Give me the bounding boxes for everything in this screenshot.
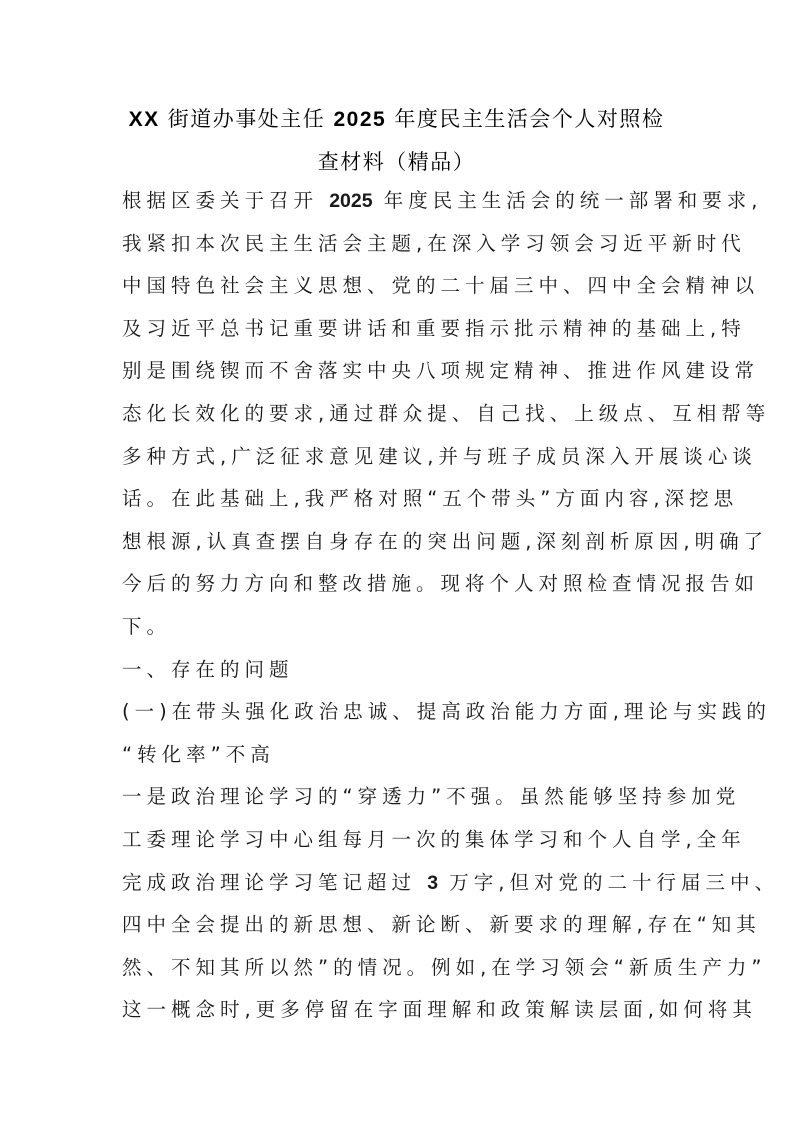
body-line-5: 别是围绕锲而不舍落实中央八项规定精神、推进作风建设常 [122, 350, 670, 393]
title-line-1: XX 街道办事处主任 2025 年度民主生活会个人对照检 [110, 98, 683, 141]
text-run: 完成政治理论学习笔记超过 [122, 871, 427, 894]
subsection-heading-1: (一)在带头强化政治忠诚、提高政治能力方面,理论与实践的 [122, 691, 670, 734]
body-line-15: 一是政治理论学习的“穿透力”不强。虽然能够坚持参加党 [122, 776, 670, 819]
body-line-16: 工委理论学习中心组每月一次的集体学习和个人自学,全年 [122, 819, 670, 862]
text-run: 年度民主生活会的统一部署和要求, [373, 189, 763, 212]
body-line-2: 我紧扣本次民主生活会主题,在深入学习领会习近平新时代 [122, 223, 670, 266]
body-line-7: 多种方式,广泛征求意见建议,并与班子成员深入开展谈心谈 [122, 436, 670, 479]
document-body: 根据区委关于召开 2025 年度民主生活会的统一部署和要求, 我紧扣本次民主生活… [122, 180, 682, 1032]
body-line-8: 话。在此基础上,我严格对照“五个带头”方面内容,深挖思 [122, 478, 670, 521]
count-number: 3 [427, 872, 438, 894]
body-line-20: 这一概念时,更多停留在字面理解和政策解读层面,如何将其 [122, 989, 670, 1032]
title-text-a: 街道办事处主任 [160, 107, 334, 131]
title-line-2: 查材料（精品） [110, 141, 683, 183]
title-prefix: XX [129, 108, 160, 131]
body-line-3: 中国特色社会主义思想、党的二十届三中、四中全会精神以 [122, 265, 670, 308]
document-page: XX 街道办事处主任 2025 年度民主生活会个人对照检 查材料（精品） 根据区… [0, 0, 793, 1122]
body-line-1: 根据区委关于召开 2025 年度民主生活会的统一部署和要求, [122, 180, 670, 223]
section-heading-1: 一、存在的问题 [122, 649, 682, 692]
text-run: 根据区委关于召开 [122, 189, 329, 212]
body-line-17: 完成政治理论学习笔记超过 3 万字,但对党的二十行届三中、 [122, 862, 670, 905]
body-line-6: 态化长效化的要求,通过群众提、自己找、上级点、互相帮等 [122, 393, 670, 436]
year-number: 2025 [329, 190, 372, 212]
body-line-11: 下。 [122, 606, 682, 649]
text-run: 万字,但对党的二十行届三中、 [438, 871, 779, 894]
title-text-b: 年度民主生活会个人对照检 [386, 107, 664, 131]
document-title: XX 街道办事处主任 2025 年度民主生活会个人对照检 查材料（精品） [110, 98, 683, 183]
body-line-18: 四中全会提出的新思想、新论断、新要求的理解,存在“知其 [122, 904, 670, 947]
subsection-heading-1-cont: “转化率”不高 [122, 734, 682, 777]
body-line-4: 及习近平总书记重要讲话和重要指示批示精神的基础上,特 [122, 308, 670, 351]
body-line-9: 想根源,认真查摆自身存在的突出问题,深刻剖析原因,明确了 [122, 521, 670, 564]
body-line-19: 然、不知其所以然”的情况。例如,在学习领会“新质生产力” [122, 947, 670, 990]
title-year: 2025 [333, 108, 386, 131]
body-line-10: 今后的努力方向和整改措施。现将个人对照检查情况报告如 [122, 563, 670, 606]
